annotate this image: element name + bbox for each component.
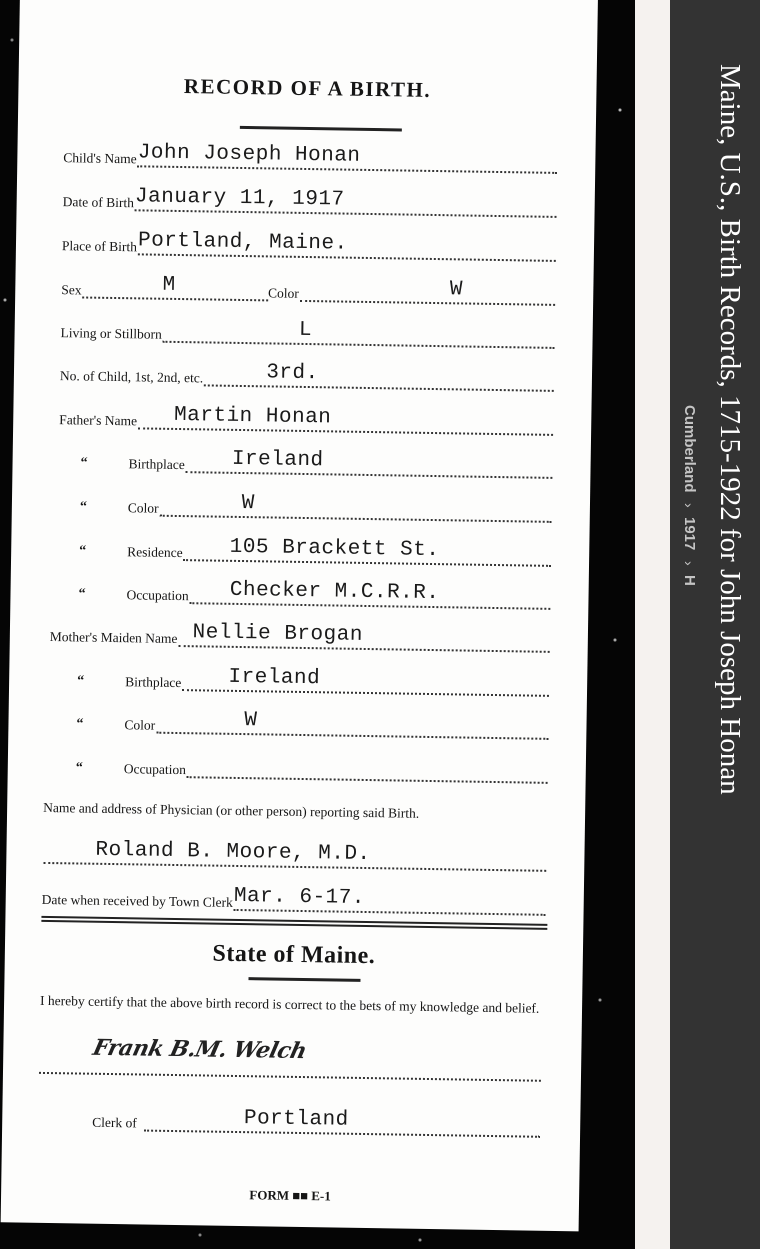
- field-father-occupation: “ Occupation Checker M.C.R.R.: [78, 572, 550, 609]
- field-child-name: Child's Name John Joseph Honan: [63, 136, 557, 174]
- color-value: W: [450, 279, 463, 300]
- father-name-value: Martin Honan: [174, 405, 332, 428]
- title-underline: [240, 126, 402, 132]
- field-clerk-of: Clerk of Portland: [92, 1101, 540, 1138]
- breadcrumb: Cumberland › 1917 › H: [679, 405, 699, 586]
- section-divider: [41, 916, 547, 930]
- mother-name-value: Nellie Brogan: [192, 622, 363, 646]
- state-underline: [248, 977, 360, 982]
- field-living-or-stillborn: Living or Stillborn L: [60, 311, 554, 349]
- breadcrumb-item-year[interactable]: 1917: [679, 517, 699, 550]
- record-image-viewer[interactable]: RECORD OF A BIRTH. Child's Name John Jos…: [0, 0, 635, 1249]
- field-mother-color: “ Color W: [76, 702, 548, 739]
- field-mother-maiden-name: Mother's Maiden Name Nellie Brogan: [50, 615, 550, 653]
- physician-label: Name and address of Physician (or other …: [43, 800, 549, 823]
- signature-line: [39, 1072, 541, 1082]
- mother-birthplace-value: Ireland: [228, 667, 320, 689]
- father-color-value: W: [242, 493, 255, 514]
- birth-record-document: RECORD OF A BIRTH. Child's Name John Jos…: [1, 0, 598, 1231]
- father-birthplace-value: Ireland: [232, 449, 324, 471]
- date-of-birth-value: January 11, 1917: [135, 186, 345, 210]
- field-date-received: Date when received by Town Clerk Mar. 6-…: [42, 878, 546, 916]
- sex-value: M: [162, 275, 175, 296]
- field-child-number: No. of Child, 1st, 2nd, etc. 3rd.: [60, 354, 554, 392]
- record-title: Maine, U.S., Birth Records, 1715-1922 fo…: [712, 64, 748, 795]
- field-mother-occupation: “ Occupation: [76, 746, 548, 783]
- field-father-color: “ Color W: [80, 485, 552, 522]
- breadcrumb-item-county[interactable]: Cumberland: [679, 405, 699, 493]
- place-of-birth-value: Portland, Maine.: [138, 230, 348, 254]
- field-date-of-birth: Date of Birth January 11, 1917: [63, 180, 557, 218]
- breadcrumb-item-letter[interactable]: H: [679, 575, 699, 586]
- father-residence-value: 105 Brackett St.: [230, 537, 440, 561]
- form-number: FORM ■■ E-1: [1, 1183, 579, 1208]
- child-name-value: John Joseph Honan: [138, 142, 361, 166]
- clerk-signature: Frank B.M. Welch: [90, 1035, 308, 1064]
- living-value: L: [299, 320, 312, 341]
- field-mother-birthplace: “ Birthplace Ireland: [77, 659, 549, 696]
- certification-text: I hereby certify that the above birth re…: [40, 993, 546, 1016]
- viewer-divider: [635, 0, 670, 1249]
- field-sex-color: Sex M Color W: [61, 268, 555, 306]
- field-father-name: Father's Name Martin Honan: [59, 398, 553, 436]
- date-received-value: Mar. 6-17.: [234, 886, 365, 909]
- mother-color-value: W: [244, 710, 257, 731]
- state-heading: State of Maine.: [5, 937, 583, 973]
- chevron-right-icon: ›: [679, 503, 699, 508]
- field-father-birthplace: “ Birthplace Ireland: [80, 441, 552, 478]
- clerk-of-value: Portland: [244, 1108, 349, 1131]
- child-number-value: 3rd.: [266, 362, 319, 384]
- field-father-residence: “ Residence 105 Brackett St.: [79, 529, 551, 566]
- document-title: RECORD OF A BIRTH.: [18, 71, 596, 105]
- father-occupation-value: Checker M.C.R.R.: [230, 580, 440, 604]
- field-physician: Roland B. Moore, M.D.: [42, 834, 546, 872]
- field-place-of-birth: Place of Birth Portland, Maine.: [62, 224, 556, 262]
- chevron-right-icon: ›: [679, 561, 699, 566]
- physician-value: Roland B. Moore, M.D.: [95, 840, 370, 865]
